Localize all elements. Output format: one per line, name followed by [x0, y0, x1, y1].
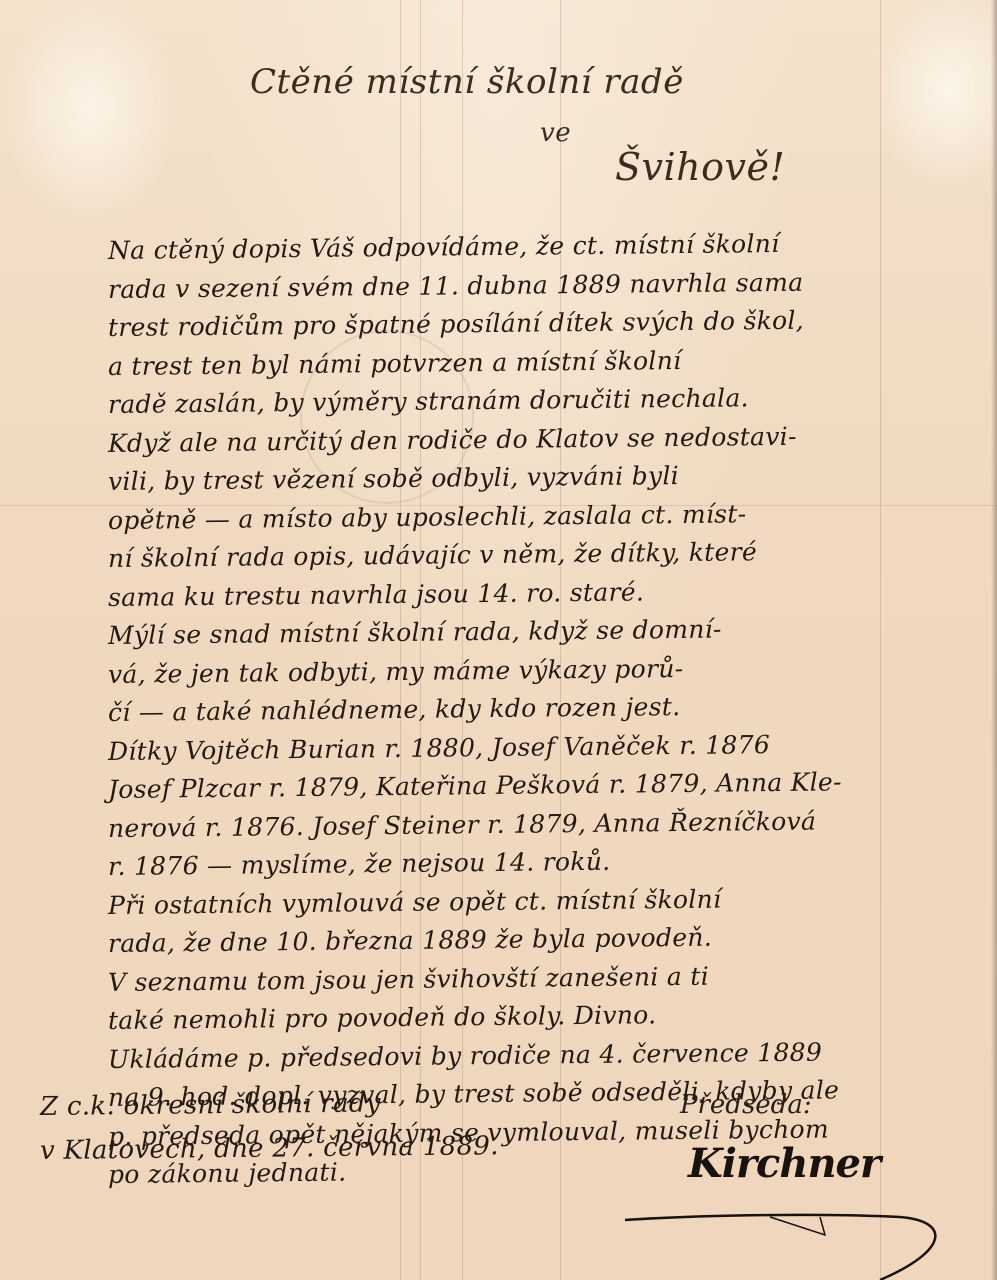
- signature-block: Předseda: Kirchner: [680, 1090, 880, 1187]
- signature-name: Kirchner: [688, 1140, 880, 1187]
- address-line-3: Švihově!: [615, 145, 785, 189]
- letter-body: Na ctěný dopis Váš odpovídáme, že ct. mí…: [108, 232, 978, 1195]
- closing-line-2: v Klatovech, dne 27. června 1889.: [40, 1124, 499, 1173]
- paper-edge: [991, 0, 997, 1280]
- address-line-1: Ctěné místní školní radě: [250, 62, 684, 102]
- signature-flourish-icon: [620, 1195, 960, 1280]
- address-line-2: ve: [540, 118, 571, 148]
- signature-title: Předseda:: [680, 1090, 880, 1120]
- closing-line-1: Z c.k. okresní školní rady: [40, 1080, 499, 1129]
- closing-block: Z c.k. okresní školní rady v Klatovech, …: [40, 1085, 499, 1173]
